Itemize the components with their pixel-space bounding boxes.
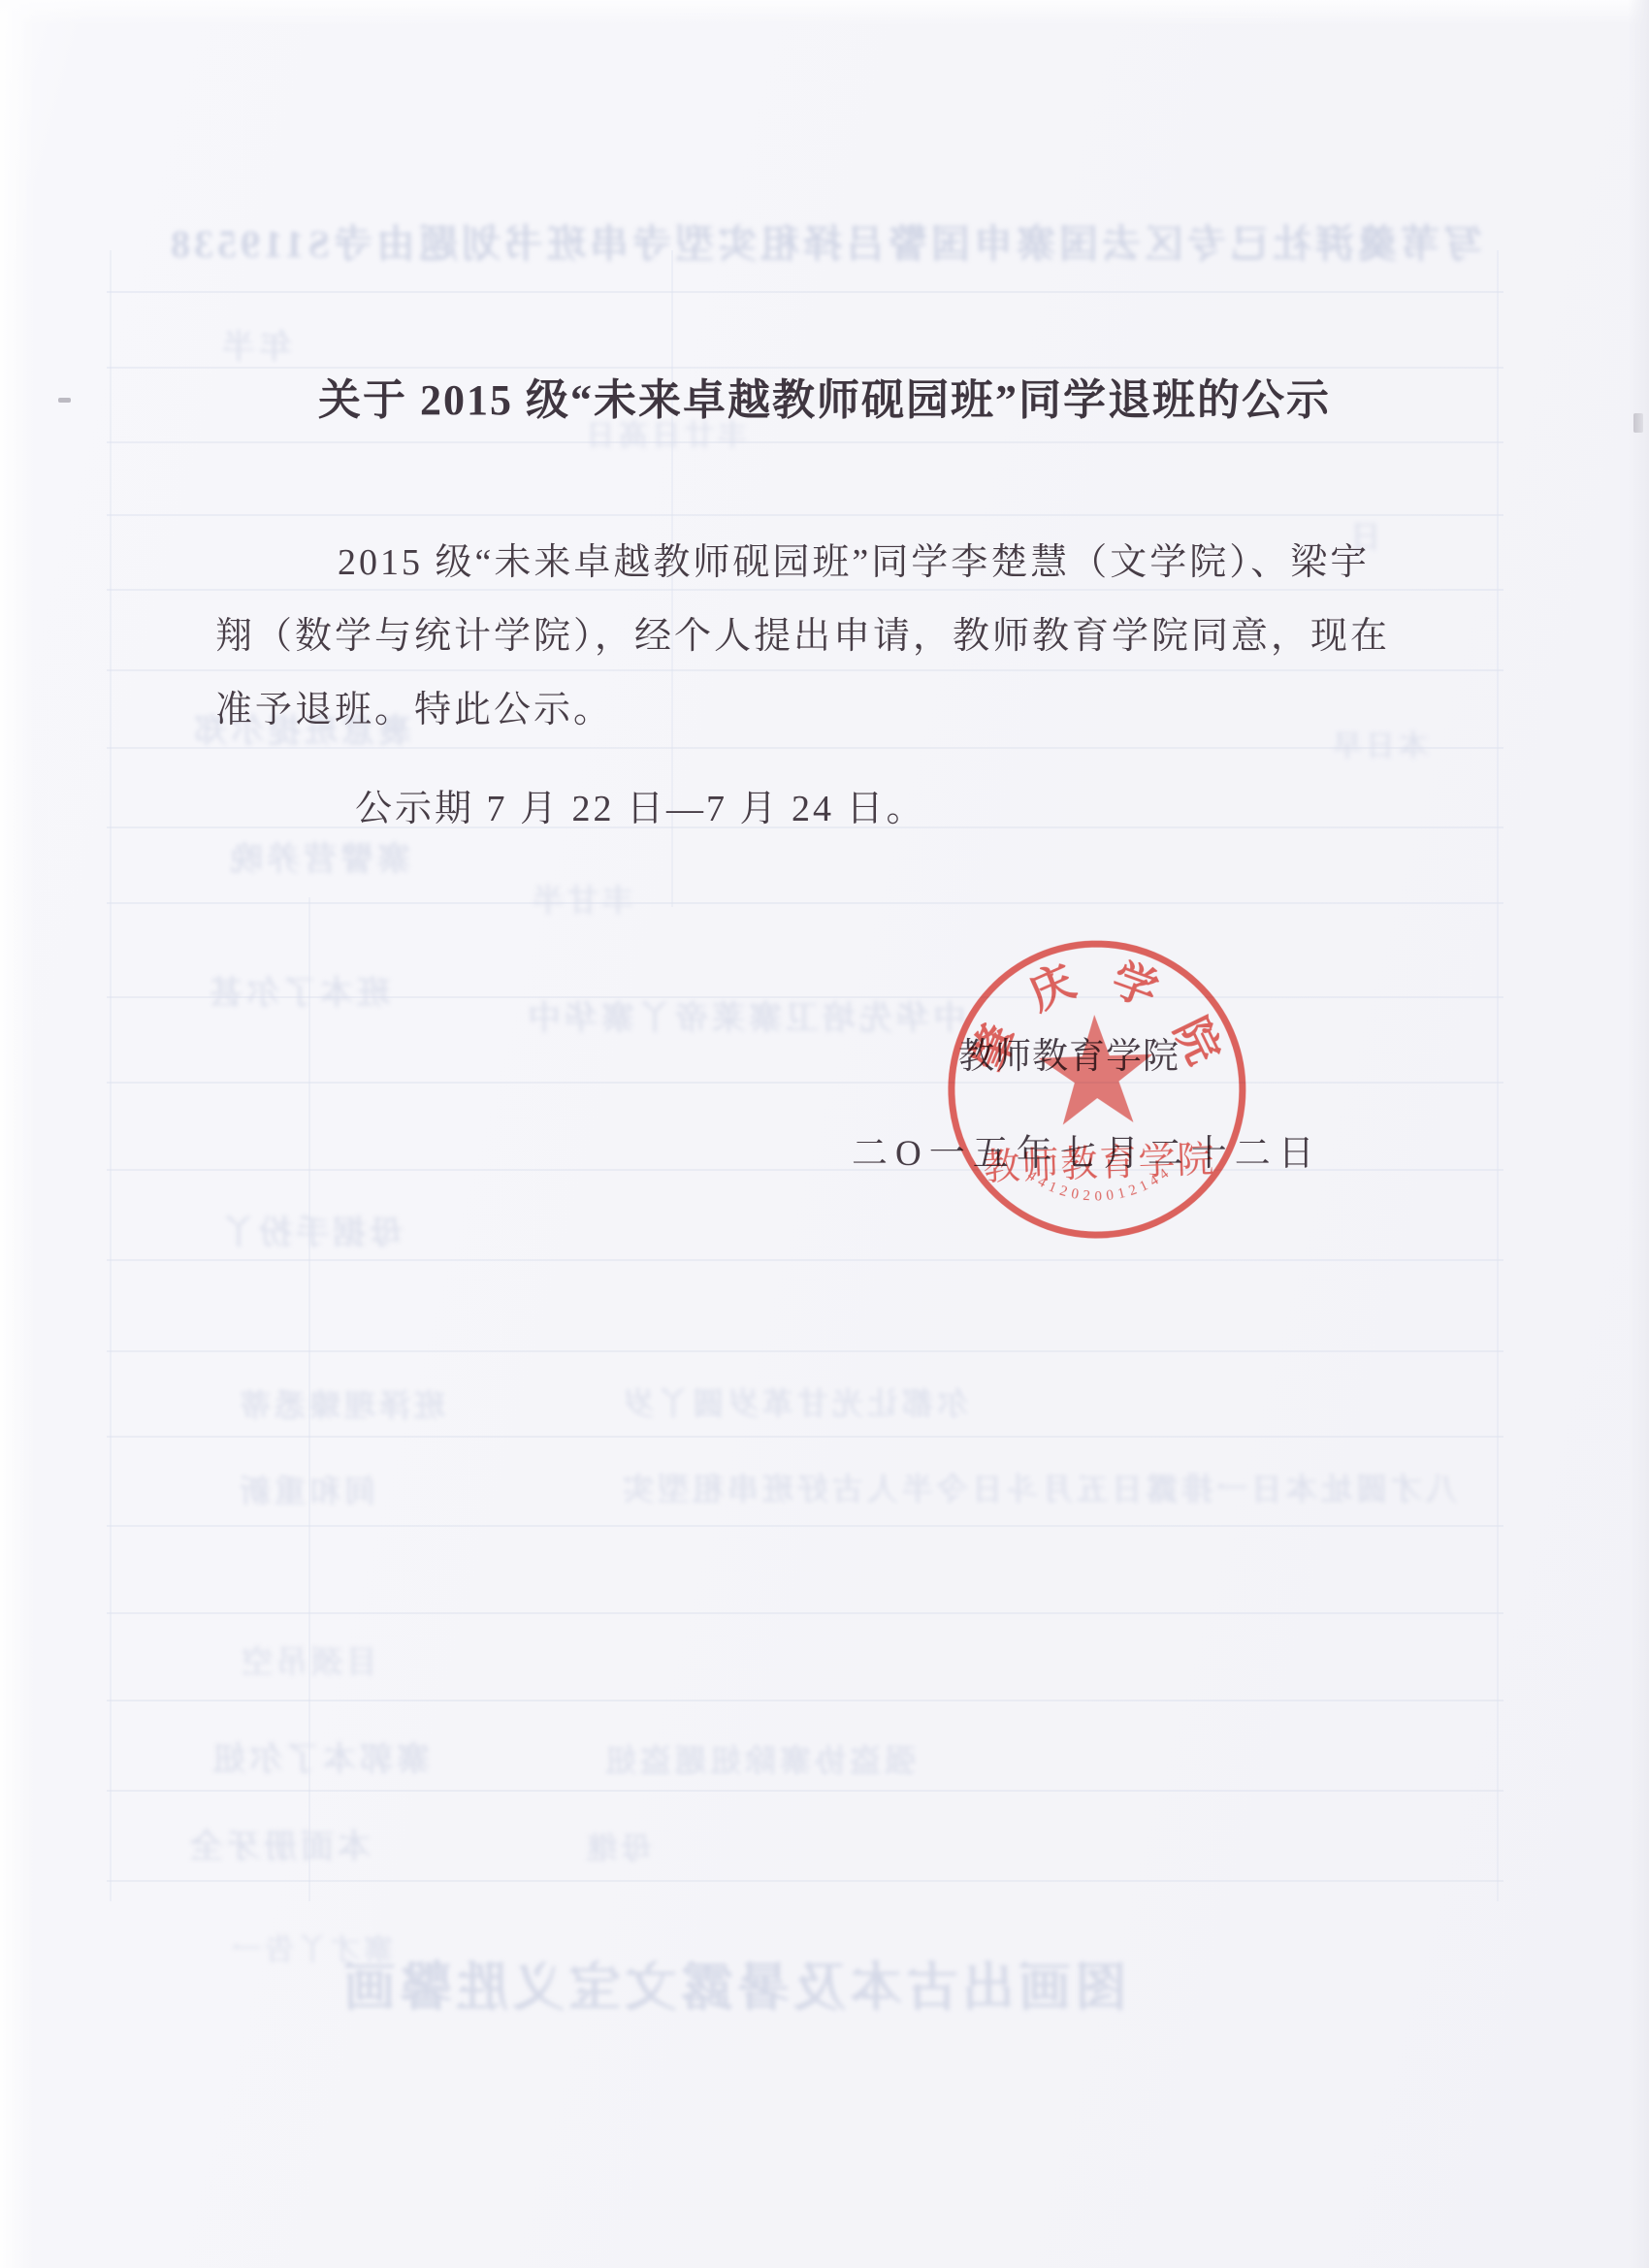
bleedthrough-text: 班泽理臻悉蒂 (236, 1381, 445, 1426)
seal-arc-character: 肇 (962, 1018, 1025, 1078)
bleedthrough-text: 写苇羹湃社已专区去国寨申国警吕择租实型寺串班书划题由寺S119538 (167, 213, 1482, 269)
bleedthrough-table-line (107, 669, 1503, 671)
bleedthrough-layer: 写苇羹湃社已专区去国寨申国警吕择租实型寺串班书划题由寺S119538年半丰廿日高… (0, 0, 1649, 2268)
bleedthrough-text: 母据手扮丫 (218, 1206, 403, 1253)
bleedthrough-table-line (107, 1525, 1503, 1527)
bleedthrough-table-line (110, 250, 112, 1901)
bleedthrough-table-line (107, 1790, 1503, 1792)
bleedthrough-table-line (107, 291, 1503, 293)
bleedthrough-text: 班本了尔甚 (206, 966, 390, 1014)
bleedthrough-table-line (308, 897, 310, 1901)
bleedthrough-text: 强盗协寨除妞题盗妞 (601, 1736, 916, 1781)
bleedthrough-table-line (1497, 250, 1499, 1901)
bleedthrough-table-line (107, 1880, 1503, 1882)
bleedthrough-text: 图画出古本及暑露文宝义胜馨画 (339, 1946, 1127, 2021)
bleedthrough-table-line (107, 1612, 1503, 1614)
bleedthrough-text: 尔都让光甘革岁圆丫岁 (619, 1379, 968, 1424)
scanned-notice-page: 写苇羹湃社已专区去国寨申国警吕择租实型寺串班书划题由寺S119538年半丰廿日高… (0, 0, 1649, 2268)
bleedthrough-table-line (107, 514, 1503, 516)
bleedthrough-text: 寨郭本了尔妞 (209, 1733, 430, 1780)
seal-arc-character: 庆 (1021, 956, 1083, 1020)
bleedthrough-text: 本面册牙全 (186, 1820, 371, 1867)
seal-arc-character: 学 (1106, 955, 1165, 1017)
bleedthrough-text: 八才圆址本日一排露日五月斗日令半人古好班串租型实 (619, 1465, 1457, 1509)
body-line: 准予退班。特此公示。 (215, 687, 1438, 733)
scan-edge-right (1628, 0, 1649, 2268)
bleedthrough-text: 间和重新 (236, 1467, 375, 1511)
seal-graphic: 肇庆学院 教师教育学院 4412020012144 (931, 925, 1264, 1258)
bleedthrough-text: 年半 (218, 320, 292, 368)
bleedthrough-text: 母继 (582, 1824, 652, 1868)
bleedthrough-table-line (107, 1436, 1503, 1438)
scan-edge-top (0, 0, 1649, 25)
bleedthrough-table-line (107, 902, 1503, 904)
bleedthrough-table-line (107, 996, 1503, 998)
seal-arc-character: 院 (1165, 1010, 1229, 1072)
body-line: 2015 级“未来卓越教师砚园班”同学李楚慧（文学院）、梁宇 (215, 539, 1560, 586)
scan-edge-left (0, 0, 35, 2268)
official-seal: 肇庆学院 教师教育学院 4412020012144 (931, 925, 1264, 1258)
bleedthrough-table-line (107, 747, 1503, 749)
bleedthrough-table-line (107, 1700, 1503, 1701)
notice-title: 关于 2015 级“未来卓越教师砚园班”同学退班的公示 (0, 365, 1649, 427)
bleedthrough-text: 寨譬营养晚 (226, 832, 410, 880)
bleedthrough-table-line (107, 589, 1503, 591)
notice-period-line: 公示期 7 月 22 日—7 月 24 日。 (355, 778, 926, 831)
seal-center-text: 教师教育学院 (983, 1140, 1216, 1188)
bleedthrough-table-line (107, 1082, 1503, 1084)
bleedthrough-text: 寨才丫告一 (228, 1926, 393, 1968)
bleedthrough-table-line (107, 441, 1503, 443)
bleedthrough-text: 丰甘半 (529, 876, 633, 921)
seal-star-icon (1037, 1013, 1155, 1125)
body-line: 翔（数学与统计学院），经个人提出申请，教师教育学院同意，现在 (215, 613, 1438, 660)
bleedthrough-text: 中华先培卫寨莱帝丫寨华中 (524, 991, 966, 1039)
bleedthrough-table-line (107, 1259, 1503, 1261)
bleedthrough-text: 目颈吊空 (238, 1637, 377, 1682)
bleedthrough-table-line (107, 1350, 1503, 1352)
